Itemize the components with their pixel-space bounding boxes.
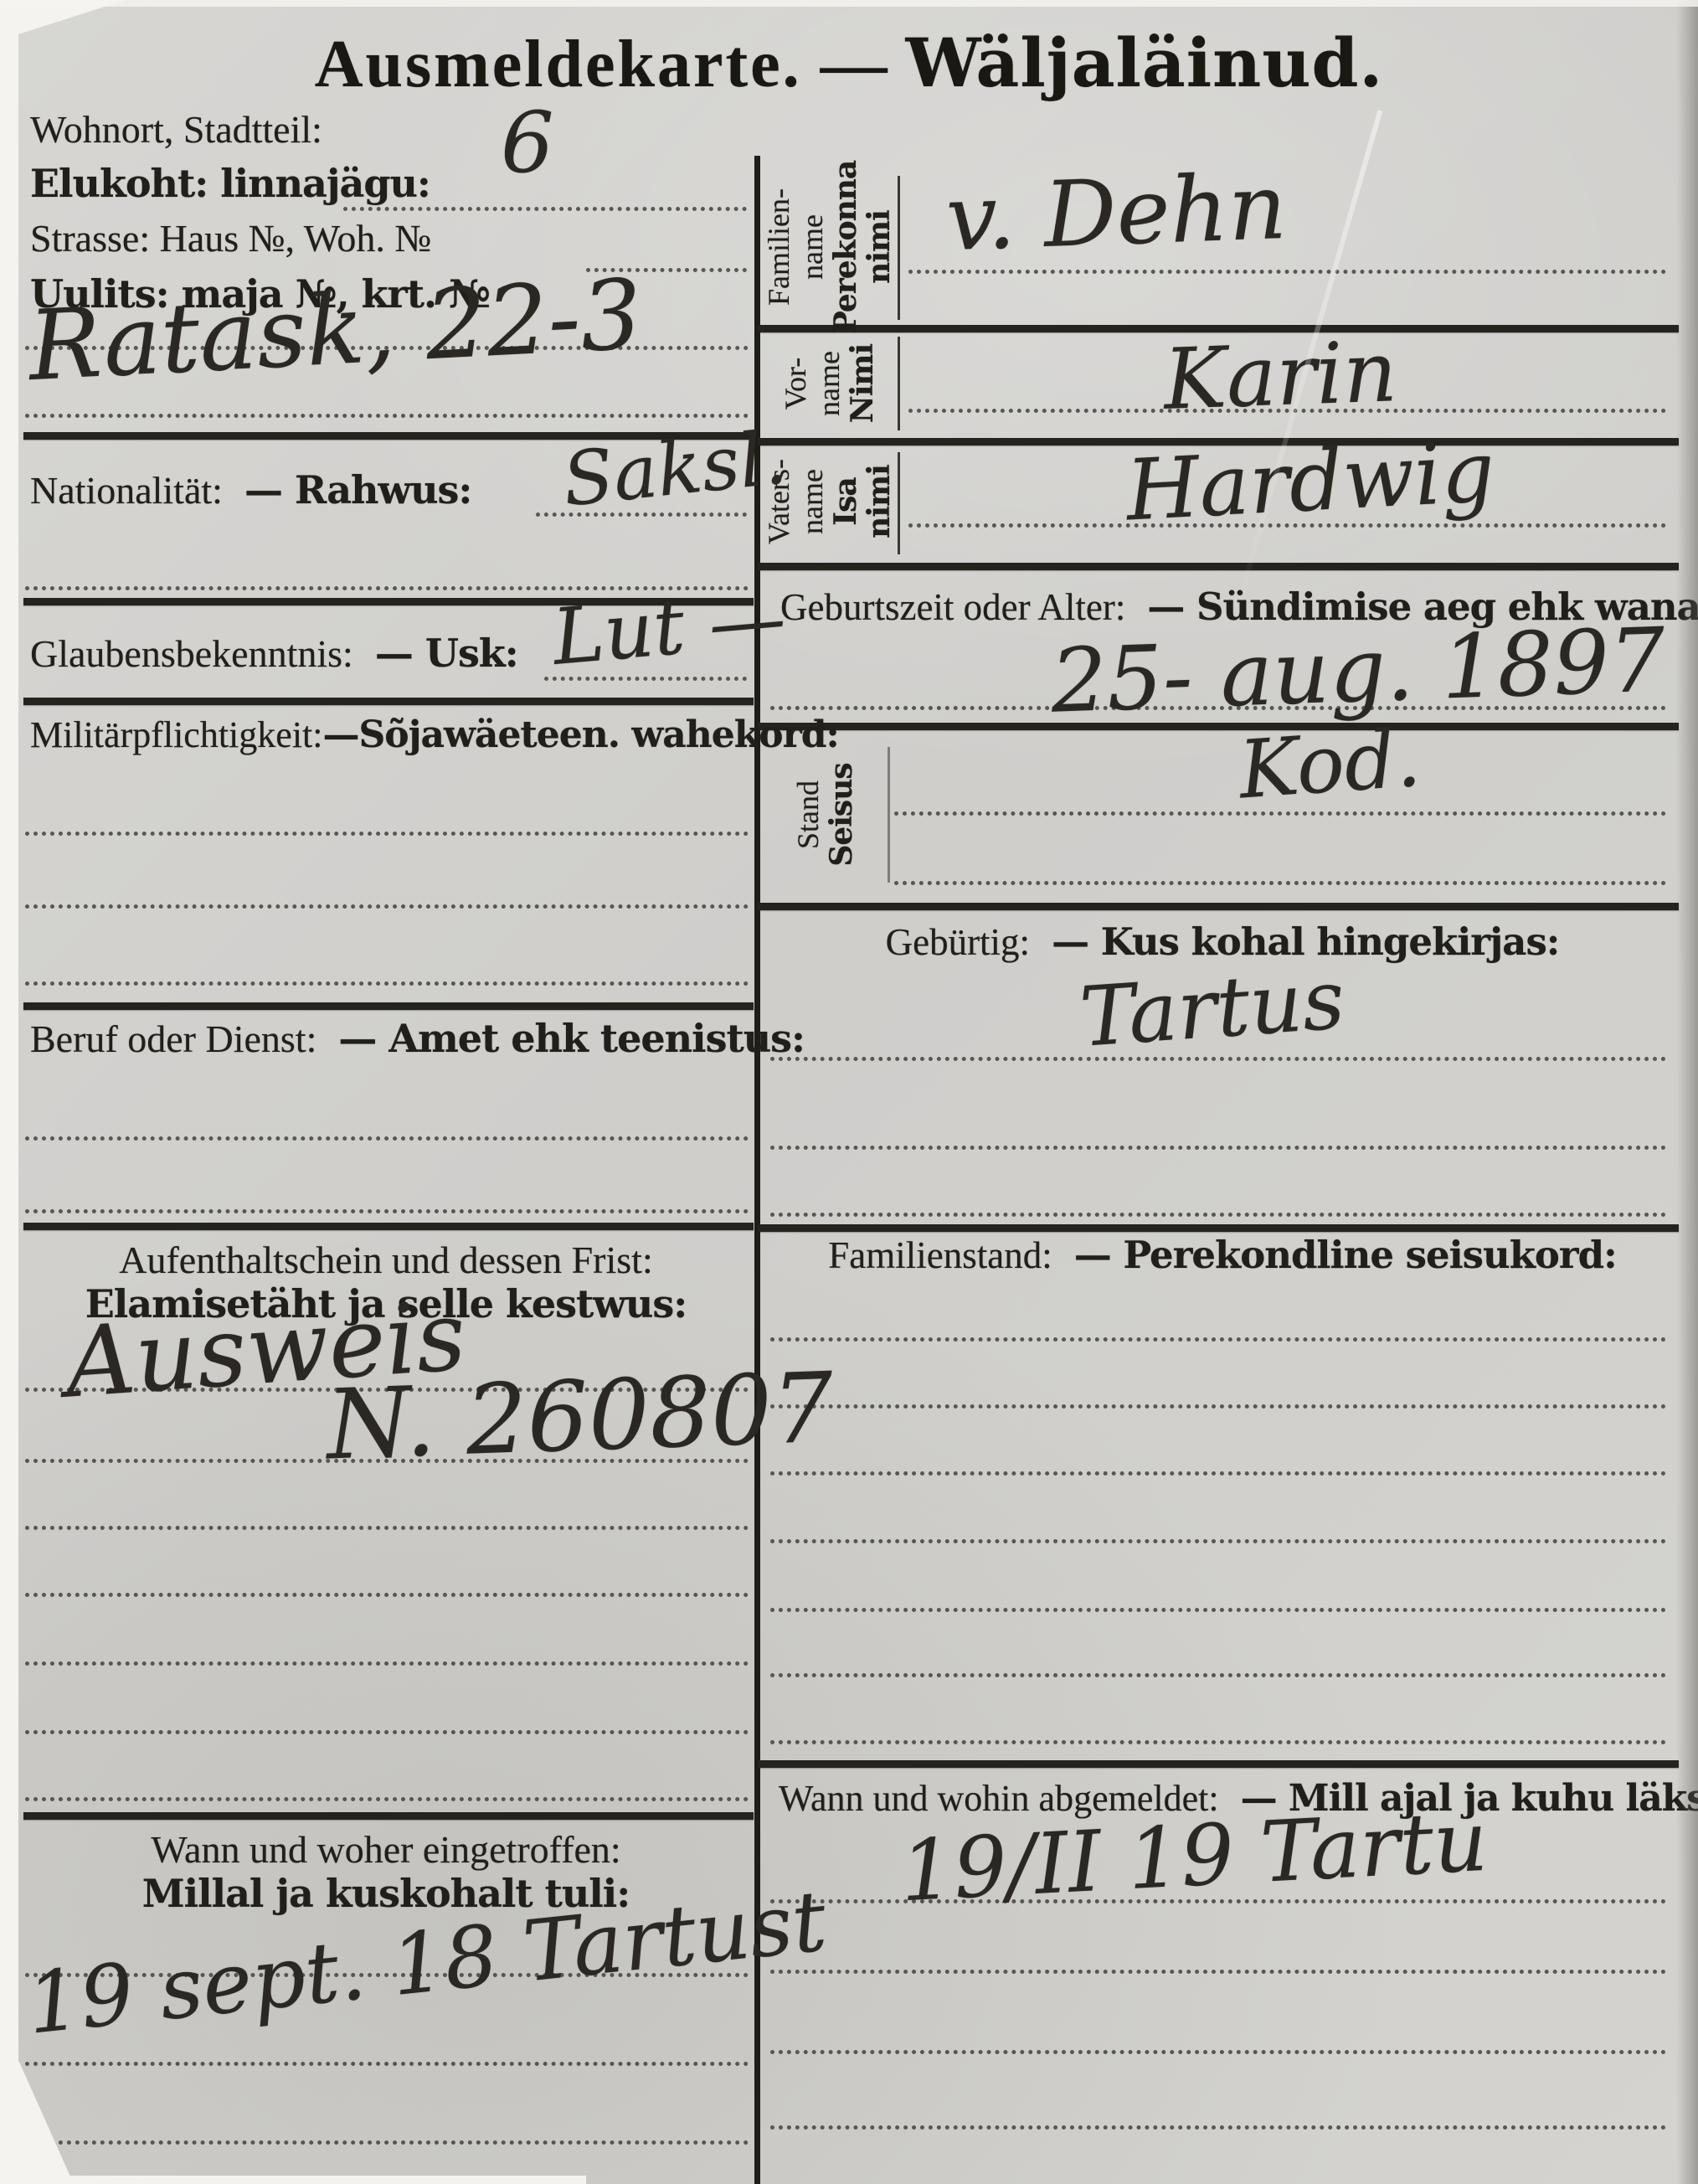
label-permit-de: Aufenthaltschein und dessen Frist:: [25, 1238, 747, 1282]
card-title: Ausmeldekarte.—Wäljaläinud.: [0, 23, 1698, 103]
dotted-writing-line: [25, 1136, 749, 1141]
label-religion-de: Glaubensbekenntnis:: [30, 632, 353, 675]
label-occupation-et: — Amet ehk teenistus:: [338, 1016, 805, 1061]
label-occupation: Beruf oder Dienst:— Amet ehk teenistus:: [30, 1016, 805, 1061]
scan-edge-bottom-left: [0, 2062, 74, 2184]
dotted-writing-line: [25, 1730, 749, 1734]
handwriting-permit-number: N. 260807: [325, 1352, 836, 1481]
dotted-writing-line: [770, 2125, 1666, 2130]
label-surname-de-2: name: [797, 214, 829, 280]
dotted-writing-line: [770, 1673, 1666, 1677]
label-surname-et-1: Perekonna: [831, 161, 862, 334]
label-strasse-de: Strasse: Haus №, Woh. №: [30, 216, 431, 260]
label-firstname-de-2: name: [814, 351, 846, 416]
dotted-writing-line: [25, 414, 749, 418]
field-rule: [888, 747, 890, 883]
handwriting-religion: Lut —: [549, 573, 790, 682]
field-rule: [898, 337, 900, 430]
title-dash: —: [821, 28, 888, 101]
dotted-writing-line: [770, 1539, 1666, 1543]
label-religion: Glaubensbekenntnis:— Usk:: [30, 631, 518, 676]
field-rule: [898, 452, 900, 554]
dotted-writing-line: [894, 881, 1666, 885]
label-nationality-de: Nationalität:: [30, 469, 223, 512]
handwriting-firstname: Karin: [1162, 322, 1398, 429]
section-rule: [758, 1760, 1679, 1768]
field-rule: [898, 176, 900, 320]
label-surname-rotated: Familien- name Perekonna nimi: [767, 169, 893, 325]
label-wohnort-de: Wohnort, Stadtteil:: [30, 107, 322, 152]
dotted-writing-line: [25, 1593, 749, 1597]
label-military: Militärpflichtigkeit:—Sõjawäeteen. wahek…: [30, 713, 839, 756]
handwriting-birthdate: 25- aug. 1897: [1049, 609, 1667, 733]
dotted-writing-line: [25, 1661, 749, 1666]
label-family-status-et: — Perekondline seisukord:: [1074, 1233, 1617, 1277]
label-registry: Gebürtig:— Kus kohal hingekirjas:: [770, 919, 1675, 964]
dotted-writing-line: [770, 2050, 1666, 2054]
label-nationality-et: — Rahwus:: [244, 467, 471, 513]
handwriting-registry-place: Tartus: [1077, 952, 1347, 1066]
title-german: Ausmeldekarte.: [315, 28, 802, 101]
scan-edge-left: [0, 0, 18, 2184]
dotted-writing-line: [770, 1740, 1666, 1744]
dotted-writing-line: [770, 1471, 1666, 1476]
label-surname-de-1: Familien-: [764, 188, 795, 306]
section-rule: [758, 1224, 1679, 1232]
label-religion-et: — Usk:: [375, 631, 518, 676]
label-family-status-de: Familienstand:: [828, 1234, 1052, 1276]
scan-shadow-right: [1676, 0, 1698, 2184]
label-occupation-de: Beruf oder Dienst:: [30, 1017, 316, 1060]
label-status-et: Seisus: [826, 763, 858, 866]
dotted-writing-line: [770, 1404, 1666, 1409]
dotted-writing-line: [770, 1213, 1666, 1217]
label-patronymic-et-1: Isa: [831, 477, 862, 525]
label-firstname-de-1: Vor-: [780, 358, 812, 410]
section-rule: [758, 903, 1679, 910]
label-patronymic-et-2: nimi: [864, 465, 896, 538]
label-status-de: Stand: [793, 780, 825, 849]
dotted-writing-line: [770, 1337, 1666, 1342]
dotted-writing-line: [25, 1797, 749, 1801]
label-elukoht-et: Elukoht: linnajägu:: [30, 161, 430, 206]
handwriting-patronymic: Hardwig: [1124, 423, 1497, 540]
title-estonian: Wäljaläinud.: [906, 23, 1384, 102]
section-rule: [23, 1812, 754, 1820]
dotted-writing-line: [25, 981, 749, 986]
registration-card: Ausmeldekarte.—Wäljaläinud. Wohnort, Sta…: [0, 0, 1698, 2184]
section-rule: [23, 698, 754, 705]
label-birth-de: Geburtszeit oder Alter:: [780, 586, 1125, 628]
label-military-de: Militärpflichtigkeit:: [30, 714, 323, 755]
label-arrival-de: Wann und woher eingetroffen:: [25, 1827, 747, 1872]
dotted-writing-line: [25, 1209, 749, 1213]
section-rule: [23, 1002, 754, 1010]
label-family-status: Familienstand:— Perekondline seisukord:: [770, 1233, 1675, 1277]
label-nationality: Nationalität:— Rahwus:: [30, 467, 471, 513]
dotted-writing-line: [25, 2062, 749, 2066]
dotted-writing-line: [25, 1526, 749, 1530]
label-firstname-rotated: Vor- name Nimi: [767, 333, 893, 434]
label-registry-de: Gebürtig:: [886, 921, 1030, 963]
dotted-writing-line: [770, 1146, 1666, 1150]
dotted-writing-line: [343, 207, 747, 211]
dotted-writing-line: [770, 1608, 1666, 1612]
label-patronymic-de-2: name: [797, 469, 829, 534]
dotted-writing-line: [25, 904, 749, 909]
dotted-writing-line: [25, 832, 749, 836]
section-rule: [758, 563, 1679, 570]
handwriting-district-number: 6: [501, 94, 554, 192]
scan-edge-top: [0, 0, 1698, 7]
label-firstname-et: Nimi: [847, 344, 879, 423]
label-military-et: —Sõjawäeteen. wahekord:: [323, 713, 839, 756]
dotted-writing-line: [770, 1057, 1666, 1061]
label-status-rotated: Stand Seisus: [767, 744, 884, 886]
handwriting-status: Kod.: [1236, 713, 1423, 817]
label-surname-et-2: nimi: [864, 210, 896, 284]
dotted-writing-line: [770, 1970, 1666, 1974]
scan-edge-bottom: [0, 2176, 586, 2184]
dotted-writing-line: [908, 270, 1666, 274]
section-rule: [23, 1223, 754, 1230]
dotted-writing-line: [25, 2140, 749, 2145]
handwriting-surname: v. Dehn: [944, 155, 1289, 271]
